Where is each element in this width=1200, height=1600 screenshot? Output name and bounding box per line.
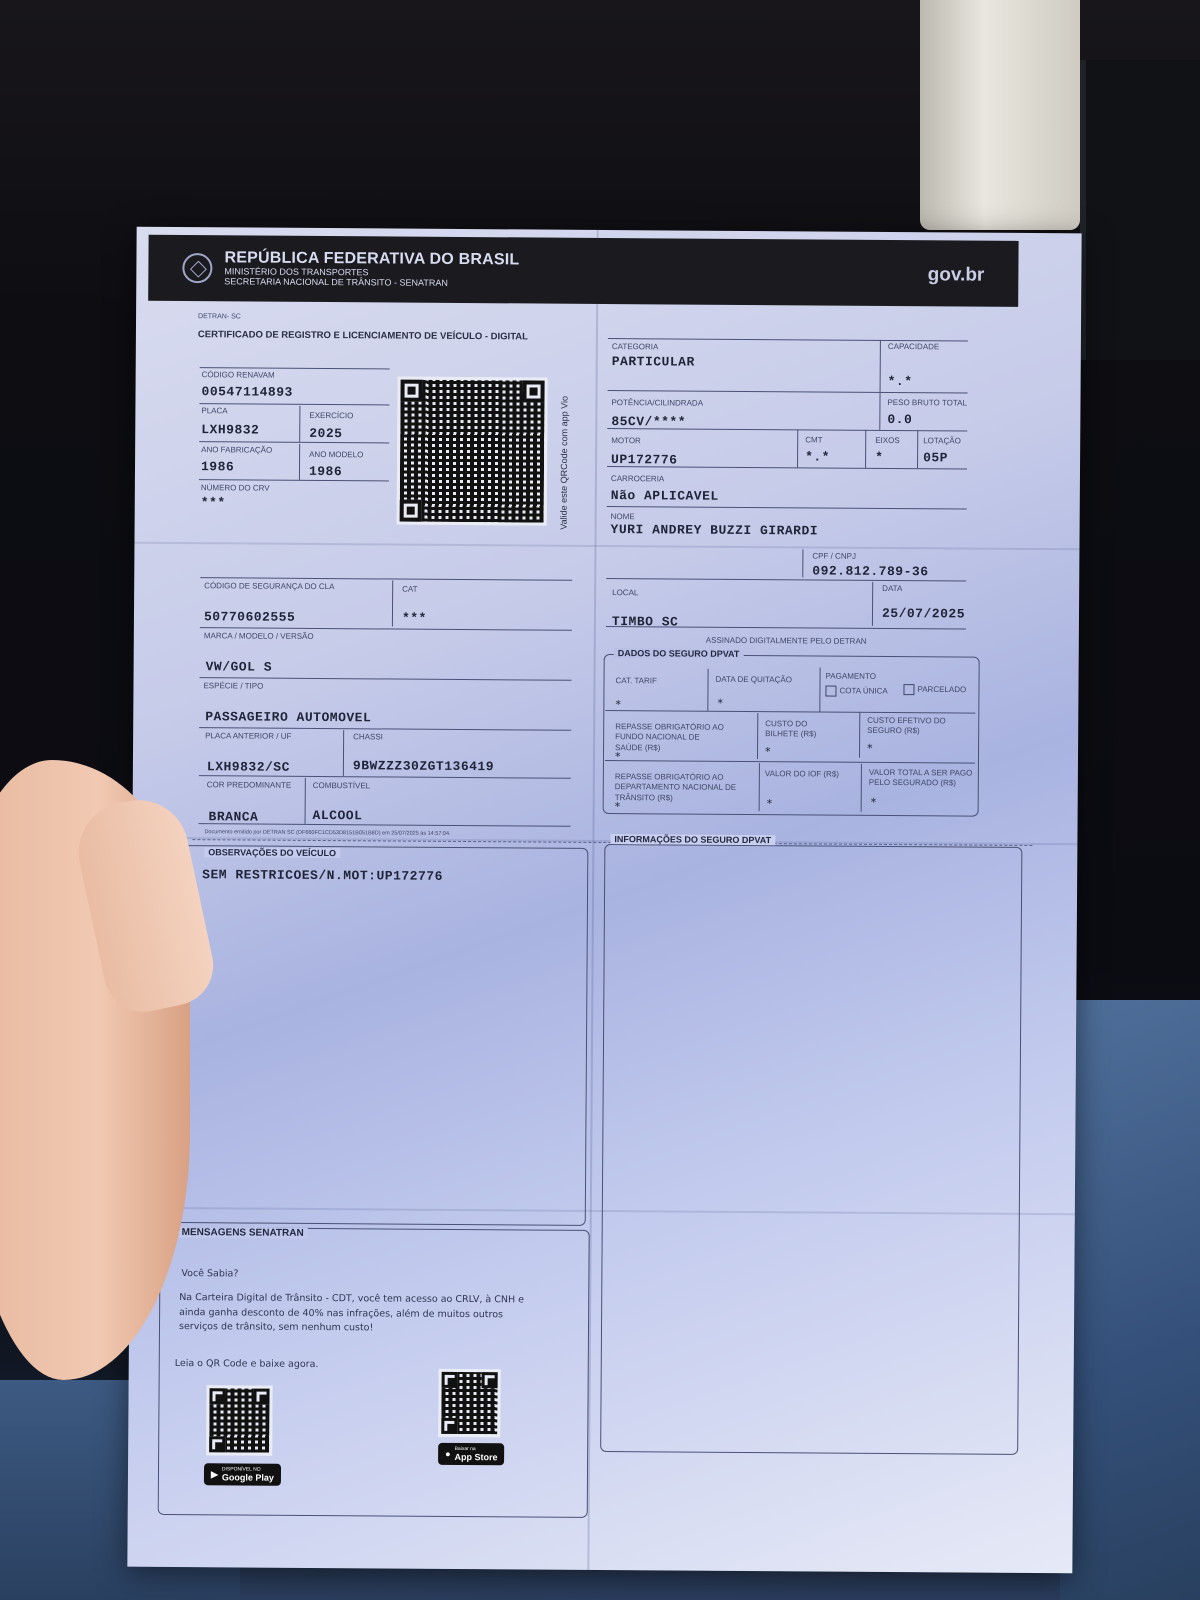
cor-label: COR PREDOMINANTE — [207, 780, 292, 790]
especie-tipo-value: PASSAGEIRO AUTOMOVEL — [205, 709, 371, 725]
cpf-value: 092.812.789-36 — [812, 563, 928, 579]
observacoes-box — [176, 845, 589, 1226]
cat-tarif-label: CAT. TARIF — [616, 676, 657, 685]
cpf-label: CPF / CNPJ — [812, 551, 856, 560]
app-store-qr-code[interactable] — [438, 1369, 500, 1437]
data-quitacao-label: DATA DE QUITAÇÃO — [716, 675, 793, 685]
observacoes-value: SEM RESTRICOES/N.MOT:UP172776 — [202, 867, 443, 884]
capacidade-label: CAPACIDADE — [888, 342, 939, 351]
car-door-pillar — [920, 0, 1080, 230]
parcelado-label: PARCELADO — [917, 685, 966, 694]
info-dpvat-box — [600, 844, 1022, 1455]
cota-unica-checkbox[interactable]: COTA ÚNICA — [825, 686, 887, 697]
potencia-label: POTÊNCIA/CILINDRADA — [611, 398, 703, 408]
jeans-background — [1060, 1000, 1200, 1600]
codigo-seguranca-value: 50770602555 — [204, 609, 295, 625]
mensagens-question: Você Sabia? — [181, 1267, 238, 1282]
local-label: LOCAL — [612, 588, 638, 597]
combustivel-value: ALCOOL — [313, 808, 363, 823]
dnt-value: * — [615, 800, 621, 813]
observacoes-title: OBSERVAÇÕES DO VEÍCULO — [204, 847, 340, 858]
iof-value: * — [767, 797, 773, 810]
marca-modelo-value: VW/GOL S — [206, 659, 273, 674]
renavam-value: 00547114893 — [201, 384, 292, 400]
ano-modelo-label: ANO MODELO — [309, 450, 363, 459]
parcelado-checkbox[interactable]: PARCELADO — [903, 684, 966, 695]
info-dpvat-title: INFORMAÇÕES DO SEGURO DPVAT — [610, 834, 775, 845]
custo-efetivo-label: CUSTO EFETIVO DO SEGURO (R$) — [867, 716, 947, 737]
header-secretariat: SECRETARIA NACIONAL DE TRÂNSITO - SENATR… — [224, 277, 519, 288]
peso-bruto-value: 0.0 — [887, 412, 912, 427]
codigo-seguranca-label: CÓDIGO DE SEGURANÇA DO CLA — [204, 581, 334, 591]
document-header: REPÚBLICA FEDERATIVA DO BRASIL MINISTÉRI… — [148, 235, 1018, 307]
pagamento-label: PAGAMENTO — [826, 672, 876, 681]
custo-efetivo-value: * — [867, 742, 873, 755]
capacidade-value: *.* — [888, 374, 913, 389]
issuer: DETRAN- SC — [198, 313, 241, 320]
numero-crv-value: *** — [201, 495, 226, 510]
mensagens-body: Na Carteira Digital de Trânsito - CDT, v… — [179, 1291, 529, 1338]
fold-line — [134, 542, 1079, 551]
carroceria-value: Não APLICAVEL — [611, 488, 719, 504]
dpvat-title: DADOS DO SEGURO DPVAT — [614, 648, 744, 659]
especie-tipo-label: ESPÉCIE / TIPO — [203, 681, 263, 690]
exercicio-value: 2025 — [309, 426, 342, 441]
fns-label: REPASSE OBRIGATÓRIO AO FUNDO NACIONAL DE… — [615, 722, 725, 754]
mensagens-title: MENSAGENS SENATRAN — [178, 1227, 308, 1239]
app-store-label: App Store — [455, 1452, 498, 1462]
dnt-label: REPASSE OBRIGATÓRIO AO DEPARTAMENTO NACI… — [615, 772, 745, 804]
govbr-logo: gov.br — [928, 264, 985, 286]
cat-label: CAT — [402, 585, 417, 594]
categoria-value: PARTICULAR — [612, 354, 695, 370]
numero-crv-label: NÚMERO DO CRV — [201, 483, 270, 492]
mensagens-cta: Leia o QR Code e baixe agora. — [175, 1357, 319, 1373]
iof-label: VALOR DO IOF (R$) — [765, 769, 839, 779]
google-play-badge[interactable]: ▶ DISPONÍVEL NOGoogle Play — [204, 1463, 281, 1486]
cat-value: *** — [402, 611, 427, 626]
custo-bilhete-value: * — [765, 745, 771, 758]
play-icon: ▶ — [211, 1469, 218, 1480]
nome-value: YURI ANDREY BUZZI GIRARDI — [611, 522, 819, 538]
placa-anterior-value: LXH9832/SC — [207, 759, 290, 775]
carroceria-label: CARROCERIA — [611, 474, 664, 483]
combustivel-label: COMBUSTÍVEL — [313, 781, 370, 790]
qr-caption: Valide este QRCode com app Vio — [559, 396, 570, 530]
lotacao-label: LOTAÇÃO — [923, 436, 961, 445]
chassi-label: CHASSI — [353, 732, 383, 741]
data-value: 25/07/2025 — [882, 606, 965, 622]
fold-line — [587, 230, 598, 1570]
app-store-badge[interactable]: ● Baixar naApp Store — [438, 1443, 505, 1465]
exercicio-label: EXERCÍCIO — [309, 411, 353, 420]
data-quitacao-value: * — [717, 697, 723, 710]
eixos-label: EIXOS — [875, 436, 900, 445]
google-play-label: Google Play — [222, 1472, 274, 1482]
cor-value: BRANCA — [209, 809, 259, 824]
car-air-vent — [1080, 60, 1200, 360]
emission-note: Documento emitido por DETRAN SC (DF660FC… — [204, 829, 450, 837]
validation-qr-code[interactable] — [397, 377, 548, 526]
fns-value: * — [615, 750, 621, 763]
peso-bruto-label: PESO BRUTO TOTAL — [887, 398, 966, 408]
ano-fabricacao-label: ANO FABRICAÇÃO — [201, 445, 272, 454]
placa-value: LXH9832 — [201, 422, 259, 437]
placa-anterior-label: PLACA ANTERIOR / UF — [205, 731, 291, 741]
crlv-document: REPÚBLICA FEDERATIVA DO BRASIL MINISTÉRI… — [127, 227, 1081, 1574]
categoria-label: CATEGORIA — [612, 342, 659, 351]
cmt-label: CMT — [805, 435, 822, 444]
data-label: DATA — [882, 584, 902, 593]
coat-of-arms-icon — [182, 253, 212, 283]
eixos-value: * — [875, 450, 883, 465]
certificate-title: CERTIFICADO DE REGISTRO E LICENCIAMENTO … — [198, 329, 528, 342]
chassi-value: 9BWZZZ30ZGT136419 — [353, 758, 494, 774]
motor-label: MOTOR — [611, 436, 641, 445]
renavam-label: CÓDIGO RENAVAM — [202, 370, 275, 380]
cota-unica-label: COTA ÚNICA — [839, 686, 887, 695]
checkbox-icon[interactable] — [825, 686, 836, 697]
ano-fabricacao-value: 1986 — [201, 459, 234, 474]
checkbox-icon[interactable] — [903, 684, 914, 695]
placa-label: PLACA — [201, 406, 227, 415]
signed-digitally: ASSINADO DIGITALMENTE PELO DETRAN — [706, 636, 867, 646]
lotacao-value: 05P — [923, 450, 948, 465]
nome-label: NOME — [611, 512, 635, 521]
custo-bilhete-label: CUSTO DO BILHETE (R$) — [765, 719, 835, 740]
marca-modelo-label: MARCA / MODELO / VERSÃO — [204, 631, 314, 641]
total-value: * — [871, 796, 877, 809]
google-play-qr-code[interactable] — [206, 1385, 272, 1455]
apple-icon: ● — [445, 1449, 451, 1459]
total-label: VALOR TOTAL A SER PAGO PELO SEGURADO (R$… — [869, 768, 979, 790]
ano-modelo-value: 1986 — [309, 464, 342, 479]
cmt-value: *.* — [805, 449, 830, 464]
